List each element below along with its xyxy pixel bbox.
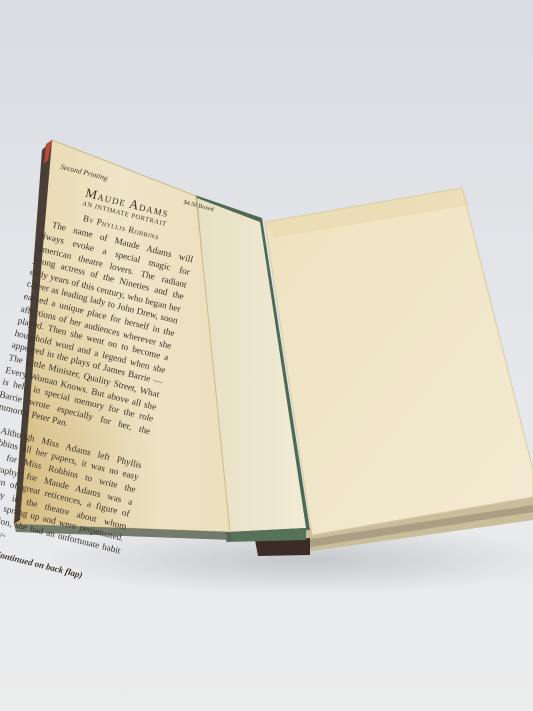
photo-scene: Second Printing $4.50 Boxed Maude Adams … — [0, 0, 533, 711]
right-page — [265, 188, 533, 535]
